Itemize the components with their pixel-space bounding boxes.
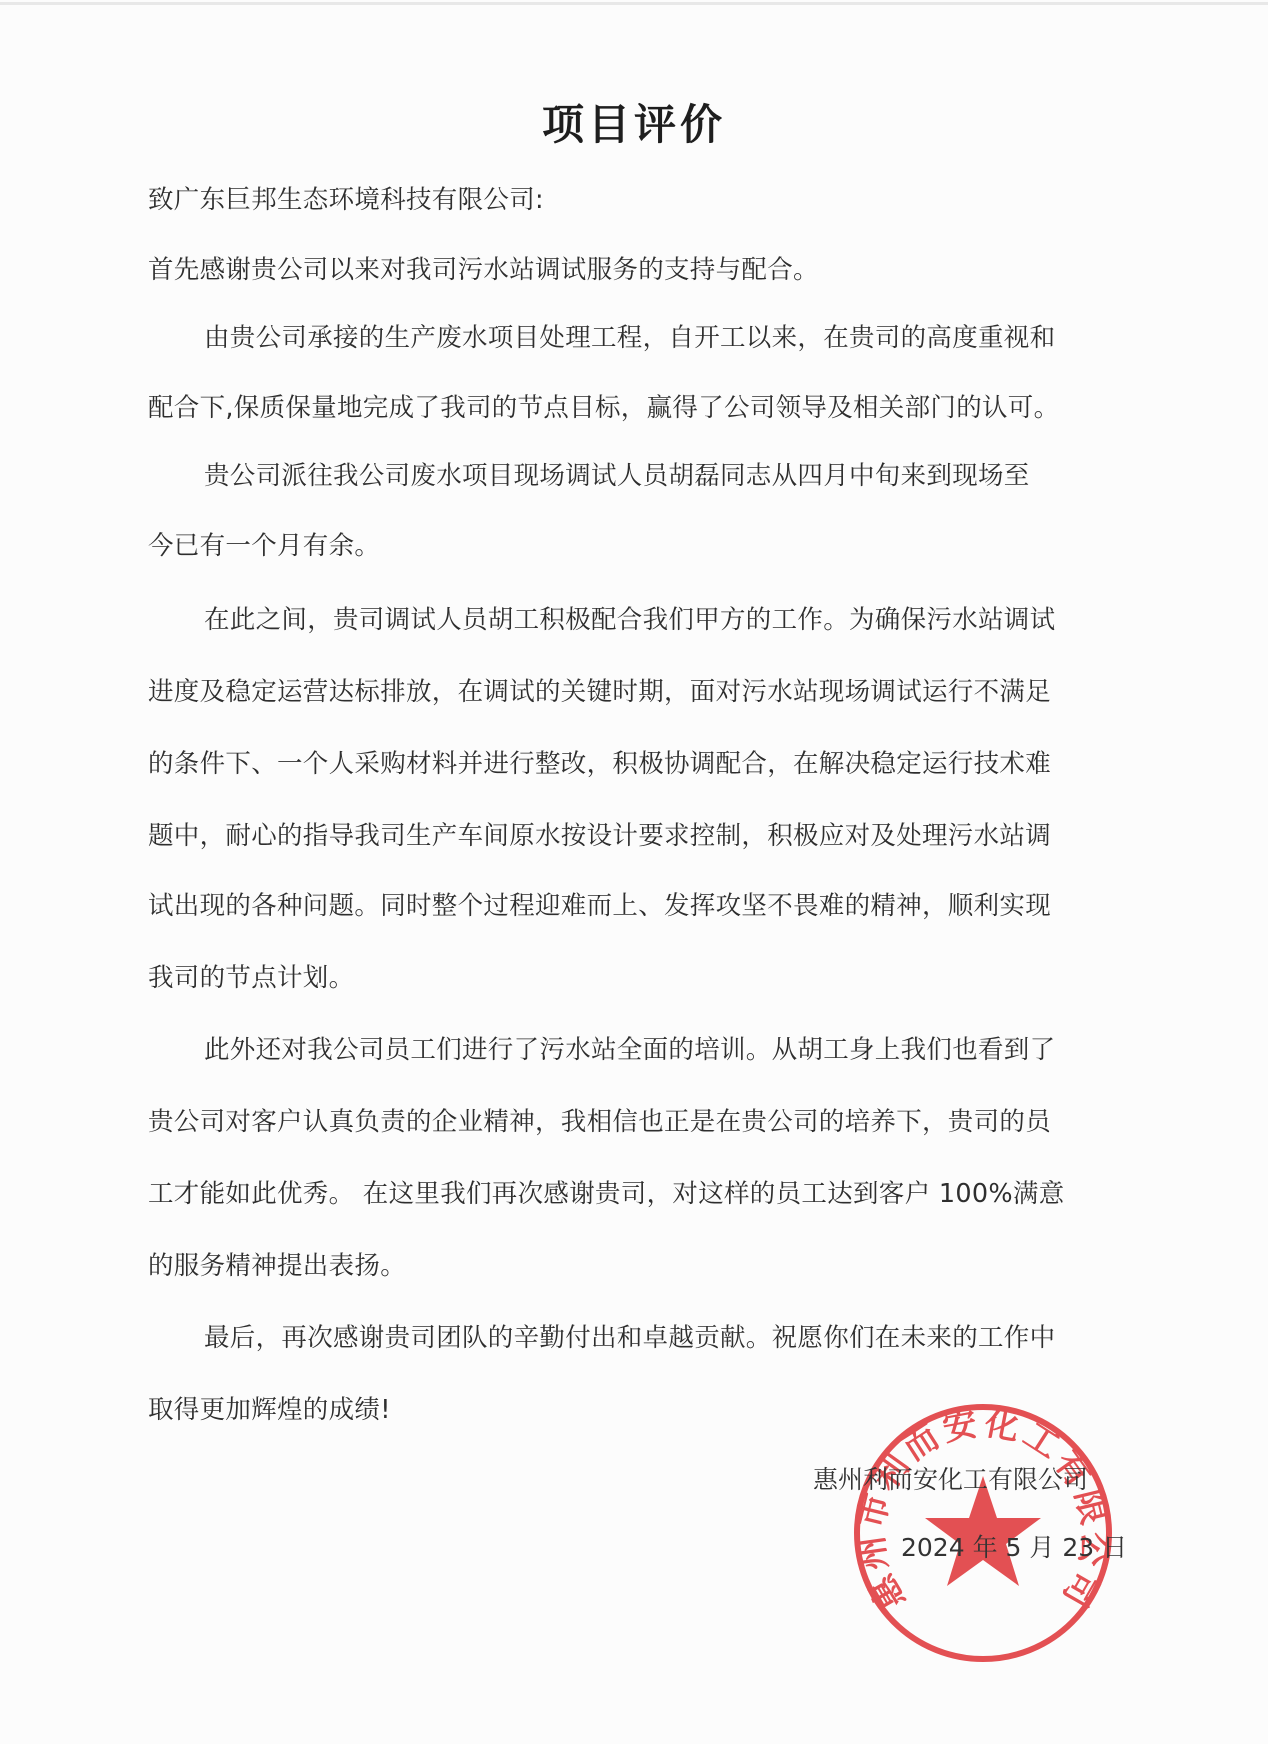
body-line: 配合下,保质保量地完成了我司的节点目标，赢得了公司领导及相关部门的认可。 <box>148 388 1059 424</box>
body-line: 的条件下、一个人采购材料并进行整改，积极协调配合，在解决稳定运行技术难 <box>148 744 1051 780</box>
letter-page: 项目评价 致广东巨邦生态环境科技有限公司: 首先感谢贵公司以来对我司污水站调试服… <box>0 0 1268 1744</box>
body-line: 题中，耐心的指导我司生产车间原水按设计要求控制，积极应对及处理污水站调 <box>148 816 1051 852</box>
signature-date: 2024 年 5 月 23 日 <box>901 1528 1127 1564</box>
body-line: 今已有一个月有余。 <box>148 526 380 562</box>
body-line: 取得更加辉煌的成绩! <box>148 1390 391 1426</box>
salutation: 致广东巨邦生态环境科技有限公司: <box>148 180 544 216</box>
body-line: 贵公司对客户认真负责的企业精神，我相信也正是在贵公司的培养下，贵司的员 <box>148 1102 1051 1138</box>
body-line: 工才能如此优秀。 在这里我们再次感谢贵司，对这样的员工达到客户 100%满意 <box>148 1174 1065 1210</box>
body-line: 进度及稳定运营达标排放，在调试的关键时期，面对污水站现场调试运行不满足 <box>148 672 1051 708</box>
body-line: 贵公司派往我公司废水项目现场调试人员胡磊同志从四月中旬来到现场至 <box>204 456 1030 492</box>
body-line: 最后，再次感谢贵司团队的辛勤付出和卓越贡献。祝愿你们在未来的工作中 <box>204 1318 1055 1354</box>
body-line: 由贵公司承接的生产废水项目处理工程，自开工以来，在贵司的高度重视和 <box>204 318 1055 354</box>
document-title: 项目评价 <box>0 92 1268 152</box>
body-line: 此外还对我公司员工们进行了污水站全面的培训。从胡工身上我们也看到了 <box>204 1030 1055 1066</box>
body-line: 试出现的各种问题。同时整个过程迎难而上、发挥攻坚不畏难的精神，顺利实现 <box>148 886 1051 922</box>
signature-company: 惠州利而安化工有限公司 <box>813 1460 1088 1496</box>
body-line: 在此之间，贵司调试人员胡工积极配合我们甲方的工作。为确保污水站调试 <box>204 600 1055 636</box>
body-line: 的服务精神提出表扬。 <box>148 1246 406 1282</box>
body-line: 首先感谢贵公司以来对我司污水站调试服务的支持与配合。 <box>148 250 819 286</box>
body-line: 我司的节点计划。 <box>148 958 354 994</box>
